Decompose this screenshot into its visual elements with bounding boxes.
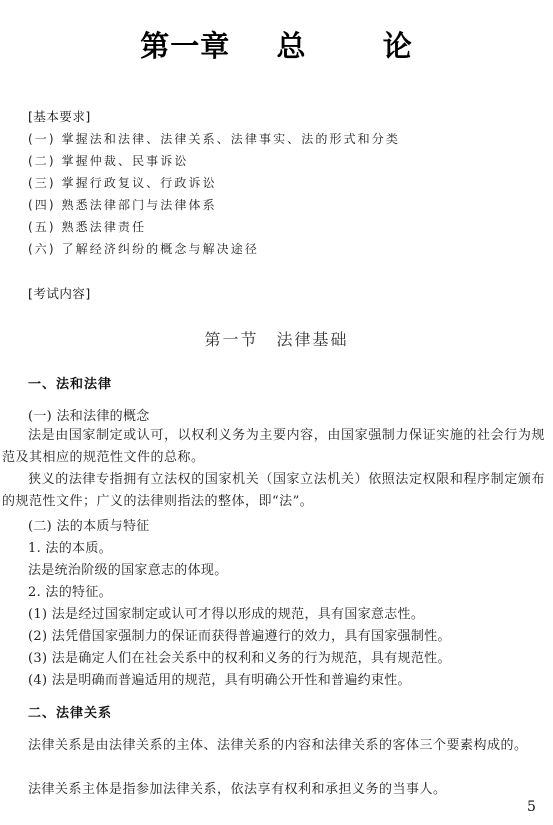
essence-title: 1. 法的本质。: [28, 537, 112, 556]
chapter-title: 第一章 总 论: [0, 24, 553, 65]
paragraph-legal-relation-subject: 法律关系主体是指参加法律关系，依法享有权利和承担义务的当事人。: [2, 779, 522, 801]
requirements-label: [基本要求]: [28, 107, 91, 125]
essence-text: 法是统治阶级的国家意志的体现。: [28, 559, 228, 578]
requirement-item-2: (二) 掌握仲裁、民事诉讼: [28, 152, 188, 169]
subheading-essence-features: (二) 法的本质与特征: [28, 515, 150, 534]
requirement-item-1: (一) 掌握法和法律、法律关系、法律事实、法的形式和分类: [28, 130, 400, 147]
paragraph-narrow-broad-law: 狭义的法律专指拥有立法权的国家机关（国家立法机关）依照法定权限和程序制定颁布的规…: [2, 469, 545, 513]
feature-item-2: (2) 法凭借国家强制力的保证而获得普遍遵行的效力，具有国家强制性。: [28, 625, 451, 644]
chapter-title-word1: 总: [276, 24, 306, 65]
feature-item-1: (1) 法是经过国家制定或认可才得以形成的规范，具有国家意志性。: [28, 603, 424, 622]
feature-item-4: (4) 法是明确而普遍适用的规范，具有明确公开性和普遍约束性。: [28, 669, 411, 688]
paragraph-law-definition: 法是由国家制定或认可，以权利义务为主要内容，由国家强制力保证实施的社会行为规范及…: [2, 425, 545, 469]
paragraph-legal-relation-elements: 法律关系是由法律关系的主体、法律关系的内容和法律关系的客体三个要素构成的。: [2, 735, 545, 757]
subheading-concept: (一) 法和法律的概念: [28, 405, 150, 424]
feature-item-3: (3) 法是确定人们在社会关系中的权利和义务的行为规范，具有规范性。: [28, 647, 451, 666]
heading-law-and-legislation: 一、法和法律: [28, 373, 112, 392]
heading-legal-relations: 二、法律关系: [28, 702, 112, 721]
features-title: 2. 法的特征。: [28, 581, 112, 600]
exam-content-label: [考试内容]: [28, 284, 91, 302]
chapter-title-word2: 论: [383, 24, 413, 65]
section-title: 第一节 法律基础: [0, 327, 553, 350]
requirement-item-5: (五) 熟悉法律责任: [28, 218, 146, 235]
requirement-item-4: (四) 熟悉法律部门与法律体系: [28, 196, 217, 213]
requirement-item-3: (三) 掌握行政复议、行政诉讼: [28, 174, 217, 191]
requirement-item-6: (六) 了解经济纠纷的概念与解决途径: [28, 240, 259, 257]
page-number: 5: [527, 799, 536, 815]
chapter-title-number: 第一章: [140, 24, 230, 65]
